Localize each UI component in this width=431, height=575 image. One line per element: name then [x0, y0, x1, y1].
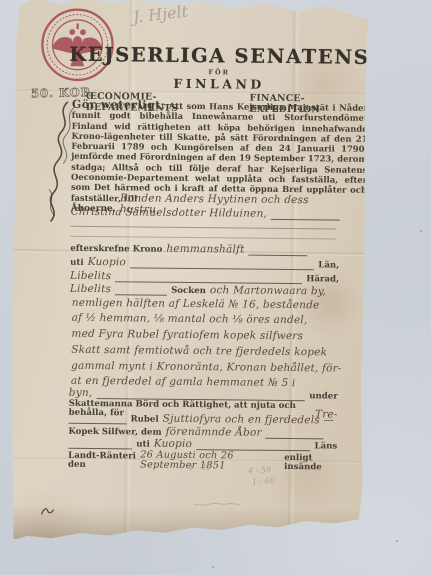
blank-rule: [71, 224, 336, 230]
photo-of-document: J. Hjelt KEJSERLIGA SENATENS FÖR FINLAND…: [0, 0, 431, 575]
lans-handwritten: Kuopio: [154, 439, 192, 450]
kopek-print: Kopek Silfwer, dem: [68, 428, 161, 438]
handwritten-line: at en fjerdedel af gamla hemmanet № 5 i: [71, 375, 296, 389]
document-paper: J. Hjelt KEJSERLIGA SENATENS FÖR FINLAND…: [9, 0, 368, 554]
blank-rule: [69, 420, 127, 424]
county-print-lan: Län,: [318, 261, 339, 270]
district-handwritten: Libelits: [70, 271, 111, 282]
blank-rule: [130, 265, 314, 270]
masthead-title: KEJSERLIGA SENATENS: [64, 43, 374, 69]
pencil-note: 4 - 45: [188, 462, 212, 472]
rubel-print: Rubel: [131, 415, 159, 424]
handwritten-line: nemligen hälften af Leskelä № 16, beståe…: [72, 297, 320, 312]
ranteri-print-b: enligt insände: [284, 454, 337, 472]
parish-print: Socken: [171, 287, 206, 296]
blank-rule: [115, 279, 302, 284]
estate-print: efterskrefne Krono: [70, 245, 162, 255]
form-row-kopek: Kopek Silfwer, dem förenämnde Åbor: [68, 426, 323, 439]
kopek-handwritten: förenämnde Åbor: [166, 427, 262, 439]
village-handwritten: byn,: [69, 388, 93, 399]
ranteri-print-a: Landt-Ränteri den: [68, 452, 136, 470]
grantees-handwritten-2: Christina Samuelsdotter Hilduinen,: [71, 207, 267, 220]
blank-rule: [248, 252, 307, 256]
form-row-county: uti Kuopio Län,: [70, 257, 339, 270]
bottom-fold-edge: [9, 505, 362, 543]
handwritten-line: Skatt samt femtiotwå och tre fjerdedels …: [71, 344, 327, 359]
parish-handwritten-2: och Martonwaara by,: [210, 285, 326, 297]
form-row-estate: efterskrefne Krono hemmanshälft: [70, 243, 307, 256]
village-print-under: under: [309, 392, 338, 401]
blank-rule-row: [71, 224, 336, 230]
background-speck: [420, 230, 422, 232]
pencil-squiggle-icon: [192, 500, 242, 509]
county-print-uti: uti: [70, 259, 84, 268]
form-row-district: Libelits Härad,: [70, 271, 339, 284]
background-speck: [396, 540, 398, 542]
blank-rule: [70, 234, 335, 240]
blank-rule: [115, 292, 167, 296]
county-handwritten: Kuopio: [88, 257, 126, 268]
form-row-lans: uti Kuopio Läns: [68, 438, 337, 451]
lans-print-uti: uti: [136, 440, 150, 449]
district-print: Härad,: [306, 275, 339, 284]
form-row-rubel: Rubel Sjuttiofyra och en fjerdedels —: [69, 413, 338, 426]
blank-rule: [68, 445, 132, 449]
lans-print-lans: Läns: [315, 442, 338, 451]
estate-handwritten: hemmanshälft: [166, 244, 244, 255]
handwritten-line: gammal mynt i Kronoränta, Kronan behålle…: [71, 360, 342, 375]
pencil-note: 1 - 60: [252, 476, 276, 486]
handwritten-line: af ½ hemman, ⅛ mantal och ⅛ öres andel,: [72, 312, 308, 326]
parish-handwritten: Libelits: [70, 284, 111, 295]
background-speck: [212, 566, 214, 568]
ink-mark-icon: [40, 505, 56, 517]
handwritten-line: med Fyra Rubel fyratiofem kopek silfwers: [71, 328, 303, 342]
pencil-signature: J. Hjelt: [132, 2, 189, 27]
body-paragraph: Gör weterligt: Att som Hans Kejserliga M…: [71, 100, 368, 206]
blank-rule-row: [70, 234, 335, 240]
body-text: Att som Hans Kejserliga Majestät i Nåder…: [71, 101, 368, 203]
grantees-row-2: Christina Samuelsdotter Hilduinen,: [71, 207, 340, 220]
form-row-parish: Libelits Socken och Martonwaara by,: [70, 284, 339, 297]
blank-rule: [271, 216, 340, 220]
blank-rule: [266, 435, 324, 439]
pencil-note: 4 - 58: [248, 465, 272, 475]
rubel-handwritten: Sjuttiofyra och en fjerdedels —: [163, 414, 335, 426]
